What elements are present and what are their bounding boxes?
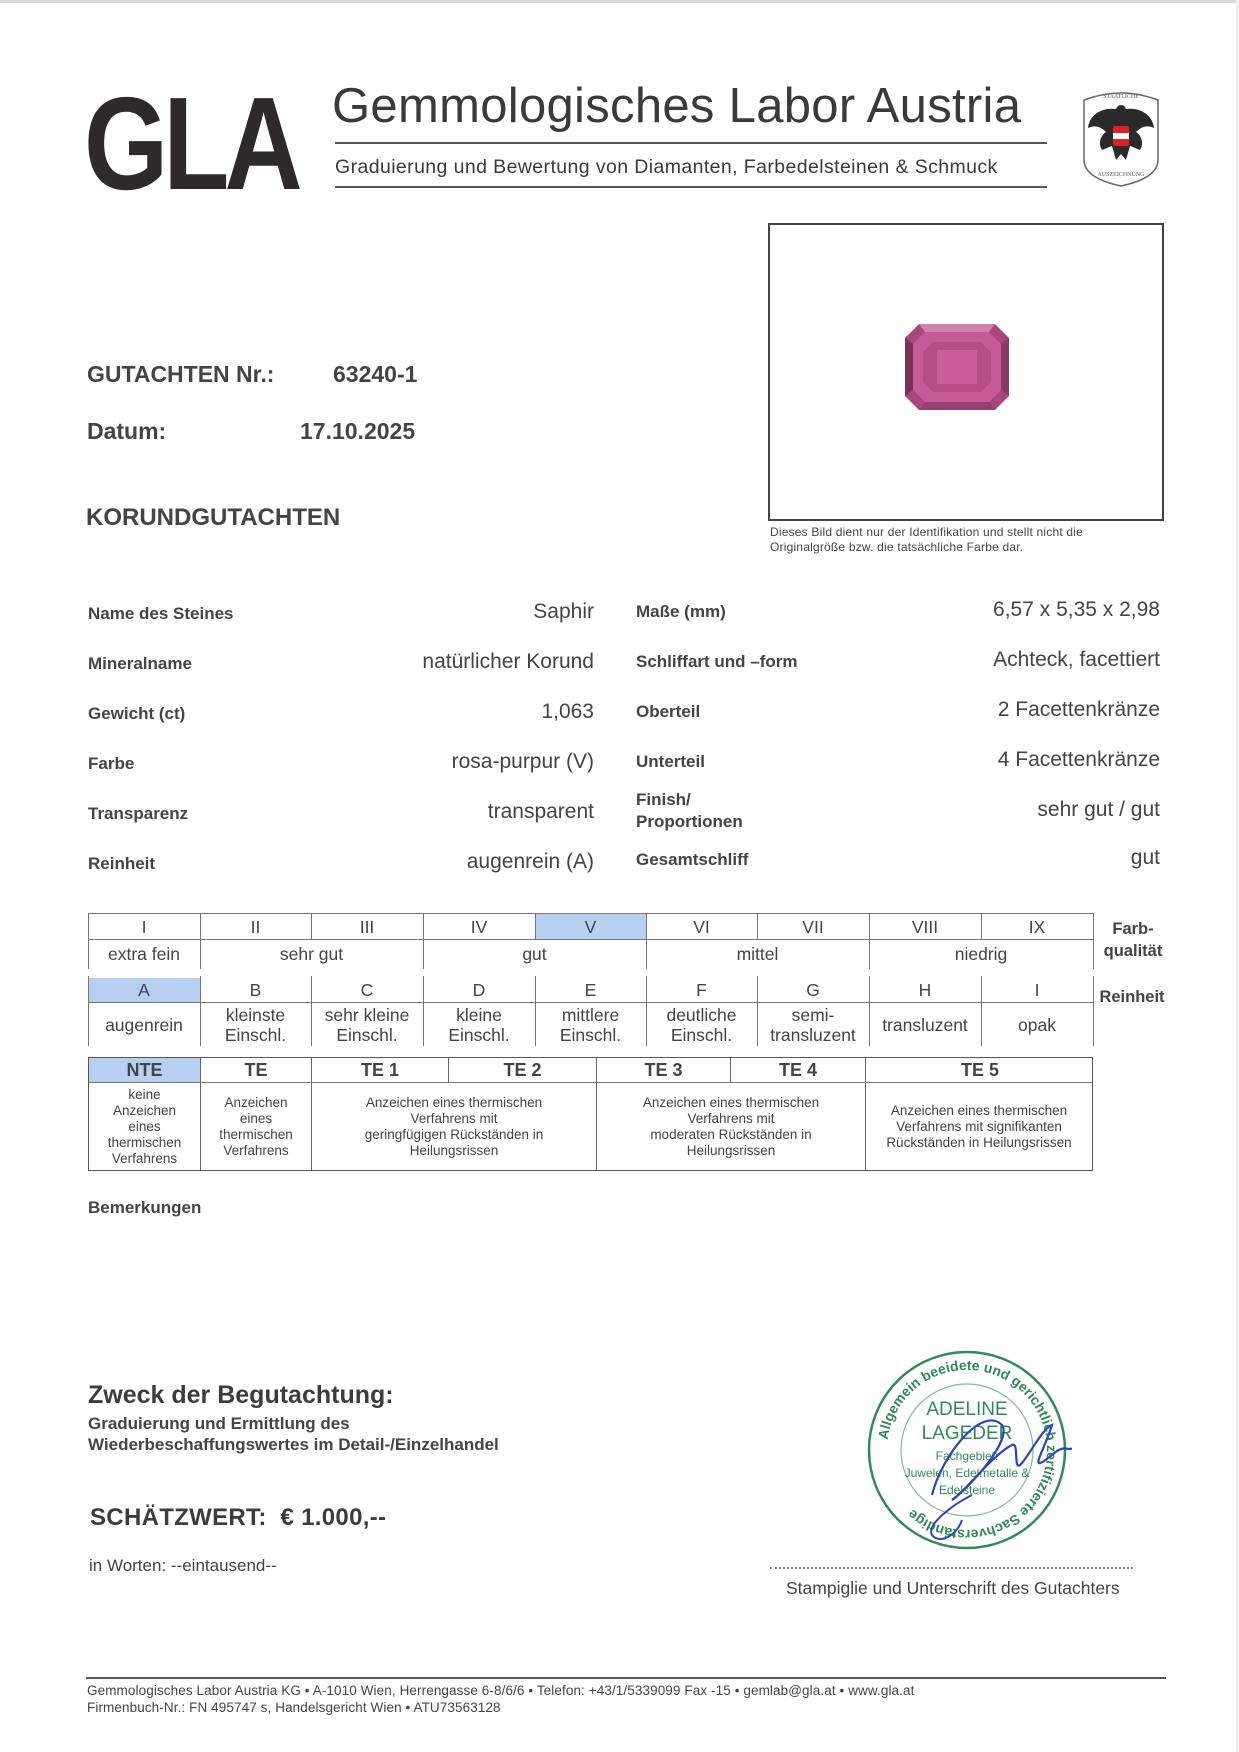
treatment-description-line: Verfahrens (223, 1143, 288, 1159)
color-grade-divider (869, 913, 870, 939)
purpose-line-2: Wiederbeschaffungswertes im Detail-/Einz… (88, 1434, 499, 1455)
prop-value-color: rosa-purpur (V) (452, 750, 594, 774)
treatment-description-line: Anzeichen (224, 1095, 287, 1111)
footer-registry: Firmenbuch-Nr.: FN 495747 s, Handelsgeri… (87, 1700, 501, 1715)
clarity-description: semi-transluzent (757, 1003, 869, 1047)
svg-text:Juwelen, Edelmetalle &: Juwelen, Edelmetalle & (905, 1466, 1030, 1480)
signature-line (770, 1567, 1133, 1569)
clarity-description: opak (981, 1003, 1093, 1047)
color-group-divider (869, 939, 870, 969)
clarity-grade-divider (311, 976, 312, 1046)
color-grade-divider (757, 913, 758, 939)
treatment-description: Anzeichen eines thermischenVerfahrens mi… (866, 1083, 1092, 1170)
clarity-description-line: transluzent (770, 1025, 856, 1045)
prop-value-finish: sehr gut / gut (1037, 798, 1160, 822)
prop-value-transparency: transparent (488, 800, 594, 824)
treatment-description-line: Verfahrens (112, 1151, 177, 1167)
prop-label-color: Farbe (88, 754, 134, 774)
color-grade-divider (1093, 913, 1094, 939)
treatment-description: keineAnzeicheneinesthermischenVerfahrens (89, 1083, 201, 1170)
treatment-header-te1: TE 1 (312, 1058, 449, 1082)
date-value: 17.10.2025 (300, 418, 415, 445)
prop-label-clarity: Reinheit (88, 854, 155, 874)
clarity-description: mittlereEinschl. (535, 1003, 646, 1047)
signature-caption: Stampiglie und Unterschrift des Gutachte… (786, 1578, 1120, 1599)
clarity-grade-A: A (88, 978, 200, 1002)
color-group-divider (1093, 939, 1094, 969)
prop-value-weight: 1,063 (541, 700, 594, 724)
clarity-table-row-divider (88, 1002, 1093, 1003)
header-rule-top (335, 142, 1047, 144)
treatment-description-line: Anzeichen (113, 1103, 176, 1119)
color-group-label: niedrig (869, 940, 1093, 968)
clarity-description-line: Einschl. (560, 1025, 621, 1045)
certificate-number-value: 63240-1 (333, 361, 417, 388)
gemstone-image (905, 324, 1009, 410)
clarity-description-line: kleinste (226, 1005, 285, 1025)
color-grade-divider (981, 913, 982, 939)
photo-disclaimer: Dieses Bild dient nur der Identifikation… (770, 525, 1140, 555)
clarity-description: sehr kleineEinschl. (311, 1003, 423, 1047)
clarity-grade-I: I (981, 978, 1093, 1002)
color-grade-I: I (88, 914, 200, 939)
color-grade-divider (423, 913, 424, 939)
prop-value-clarity: augenrein (A) (467, 850, 594, 874)
color-grade-III: III (311, 914, 423, 939)
treatment-header-te3: TE 3 (597, 1058, 731, 1082)
estimate-label: SCHÄTZWERT: (90, 1504, 267, 1531)
svg-text:STAATLICHE: STAATLICHE (1103, 94, 1139, 100)
clarity-grade-divider (869, 976, 870, 1046)
prop-label-name: Name des Steines (88, 604, 234, 624)
color-group-divider (88, 939, 89, 969)
clarity-description-line: sehr kleine (325, 1005, 410, 1025)
color-grade-V: V (535, 914, 646, 939)
lab-name: Gemmologisches Labor Austria (332, 82, 1021, 131)
color-group-label: gut (423, 940, 646, 968)
treatment-header-te2: TE 2 (449, 1058, 597, 1082)
treatment-header-te: TE (201, 1058, 312, 1082)
treatment-description-line: Anzeichen eines thermischen (366, 1095, 542, 1111)
clarity-grade-C: C (311, 978, 423, 1002)
svg-text:ADELINE: ADELINE (926, 1399, 1007, 1420)
color-grade-II: II (200, 914, 311, 939)
prop-label-dimensions: Maße (mm) (636, 602, 726, 622)
clarity-grade-divider (646, 976, 647, 1046)
clarity-description-line: Einschl. (671, 1025, 732, 1045)
remarks-label: Bemerkungen (88, 1198, 201, 1218)
clarity-grade-B: B (200, 978, 311, 1002)
footer-rule (86, 1677, 1166, 1679)
estimate-amount: € 1.000,-- (281, 1504, 387, 1531)
treatment-header-nte: NTE (89, 1058, 201, 1082)
treatment-description-line: Anzeichen eines thermischen (891, 1103, 1067, 1119)
color-grade-IV: IV (423, 914, 535, 939)
clarity-grade-divider (757, 976, 758, 1046)
color-table-top-border (88, 913, 1093, 914)
treatment-description-line: Anzeichen eines thermischen (643, 1095, 819, 1111)
treatment-description-line: Heilungsrissen (410, 1143, 499, 1159)
clarity-grade-divider (423, 976, 424, 1046)
treatment-description: Anzeichen eines thermischenVerfahrens mi… (597, 1083, 866, 1170)
clarity-grade-G: G (757, 978, 869, 1002)
clarity-grade-divider (88, 976, 89, 1046)
clarity-description: kleineEinschl. (423, 1003, 535, 1047)
color-grade-VIII: VIII (869, 914, 981, 939)
date-label: Datum: (87, 418, 166, 445)
color-grade-divider (535, 913, 536, 939)
color-grade-VII: VII (757, 914, 869, 939)
clarity-grade-divider (981, 976, 982, 1046)
value-in-words: in Worten: --eintausend-- (89, 1556, 277, 1576)
treatment-description-line: Verfahrens mit (687, 1111, 774, 1127)
report-type-title: KORUNDGUTACHTEN (86, 504, 340, 532)
prop-label-finish: Finish/ (636, 790, 691, 810)
clarity-description: deutlicheEinschl. (646, 1003, 757, 1047)
treatment-description-line: geringfügigen Rückständen in (365, 1127, 544, 1143)
prop-value-name: Saphir (533, 600, 594, 624)
header-rule-bottom (335, 186, 1047, 188)
certificate-number-label: GUTACHTEN Nr.: (87, 361, 274, 388)
clarity-description-line: opak (1018, 1015, 1056, 1035)
color-grade-divider (646, 913, 647, 939)
color-grade-divider (88, 913, 89, 939)
prop-value-overall-cut: gut (1131, 846, 1160, 870)
purpose-title: Zweck der Begutachtung: (88, 1381, 394, 1410)
clarity-grade-H: H (869, 978, 981, 1002)
expert-stamp-icon: Allgemein beeidete und gerichtlich zerti… (862, 1345, 1072, 1555)
prop-label-proportions: Proportionen (636, 812, 743, 832)
purpose-line-1: Graduierung und Ermittlung des (88, 1413, 499, 1434)
treatment-description-line: Rückständen in Heilungsrissen (886, 1135, 1071, 1151)
color-group-divider (200, 939, 201, 969)
clarity-grade-F: F (646, 978, 757, 1002)
prop-label-transparency: Transparenz (88, 804, 188, 824)
treatment-description-line: Verfahrens mit (410, 1111, 497, 1127)
prop-value-cut: Achteck, facettiert (993, 648, 1160, 672)
color-grade-VI: VI (646, 914, 757, 939)
prop-value-dimensions: 6,57 x 5,35 x 2,98 (993, 598, 1160, 622)
footer-address: Gemmologisches Labor Austria KG • A-1010… (87, 1683, 914, 1698)
clarity-grade-divider (200, 976, 201, 1046)
color-quality-side-label: Farb- qualität (1095, 918, 1171, 962)
clarity-side-label: Reinheit (1093, 986, 1171, 1008)
color-grade-divider (311, 913, 312, 939)
treatment-description-line: eines (128, 1119, 160, 1135)
clarity-description-line: augenrein (105, 1015, 183, 1035)
clarity-description-line: deutliche (666, 1005, 736, 1025)
color-table-row-divider (88, 939, 1093, 940)
scan-edge-top (0, 0, 1239, 3)
treatment-header-te4: TE 4 (731, 1058, 866, 1082)
clarity-grade-D: D (423, 978, 535, 1002)
gla-logo: GLA (84, 78, 298, 210)
color-group-label: sehr gut (200, 940, 423, 968)
purpose-text: Graduierung und Ermittlung des Wiederbes… (88, 1413, 499, 1455)
clarity-description-line: Einschl. (448, 1025, 509, 1045)
treatment-description: Anzeichen eines thermischenVerfahrens mi… (312, 1083, 597, 1170)
treatment-description-line: thermischen (108, 1135, 182, 1151)
prop-label-mineral: Mineralname (88, 654, 192, 674)
color-group-divider (646, 939, 647, 969)
clarity-description-line: Einschl. (225, 1025, 286, 1045)
clarity-grade-divider (535, 976, 536, 1046)
clarity-description-line: kleine (456, 1005, 502, 1025)
lab-tagline: Graduierung und Bewertung von Diamanten,… (335, 156, 998, 179)
treatment-description: AnzeicheneinesthermischenVerfahrens (201, 1083, 312, 1170)
color-grade-IX: IX (981, 914, 1093, 939)
color-group-label: extra fein (88, 940, 200, 968)
clarity-description: augenrein (88, 1003, 200, 1047)
prop-label-crown: Oberteil (636, 702, 700, 722)
treatment-description-line: Heilungsrissen (687, 1143, 776, 1159)
austrian-eagle-crest-icon: STAATLICHE AUSZEICHNUNG (1076, 88, 1166, 188)
color-quality-label-line2: qualität (1095, 940, 1171, 962)
clarity-description-line: mittlere (562, 1005, 619, 1025)
treatment-table: NTETETE 1TE 2TE 3TE 4TE 5keineAnzeichene… (88, 1057, 1093, 1171)
clarity-description-line: Einschl. (336, 1025, 397, 1045)
clarity-grade-E: E (535, 978, 646, 1002)
color-group-divider (423, 939, 424, 969)
prop-value-pavilion: 4 Facettenkränze (998, 748, 1160, 772)
treatment-description-line: thermischen (219, 1127, 293, 1143)
prop-label-cut: Schliffart und –form (636, 652, 798, 672)
treatment-description-line: moderaten Rückständen in (650, 1127, 811, 1143)
clarity-description: kleinsteEinschl. (200, 1003, 311, 1047)
svg-text:AUSZEICHNUNG: AUSZEICHNUNG (1098, 172, 1146, 178)
treatment-description-line: Verfahrens mit signifikanten (896, 1119, 1062, 1135)
prop-label-overall-cut: Gesamtschliff (636, 850, 748, 870)
color-group-label: mittel (646, 940, 869, 968)
color-quality-label-line1: Farb- (1095, 918, 1171, 940)
prop-value-mineral: natürlicher Korund (422, 650, 594, 674)
prop-value-crown: 2 Facettenkränze (998, 698, 1160, 722)
estimated-value: SCHÄTZWERT: € 1.000,-- (90, 1504, 386, 1532)
prop-label-pavilion: Unterteil (636, 752, 705, 772)
treatment-description-line: keine (128, 1087, 160, 1103)
treatment-description-line: eines (240, 1111, 272, 1127)
color-grade-divider (200, 913, 201, 939)
prop-label-weight: Gewicht (ct) (88, 704, 185, 724)
clarity-description-line: semi- (792, 1005, 835, 1025)
clarity-description: transluzent (869, 1003, 981, 1047)
clarity-description-line: transluzent (882, 1015, 968, 1035)
treatment-header-te5: TE 5 (866, 1058, 1094, 1082)
